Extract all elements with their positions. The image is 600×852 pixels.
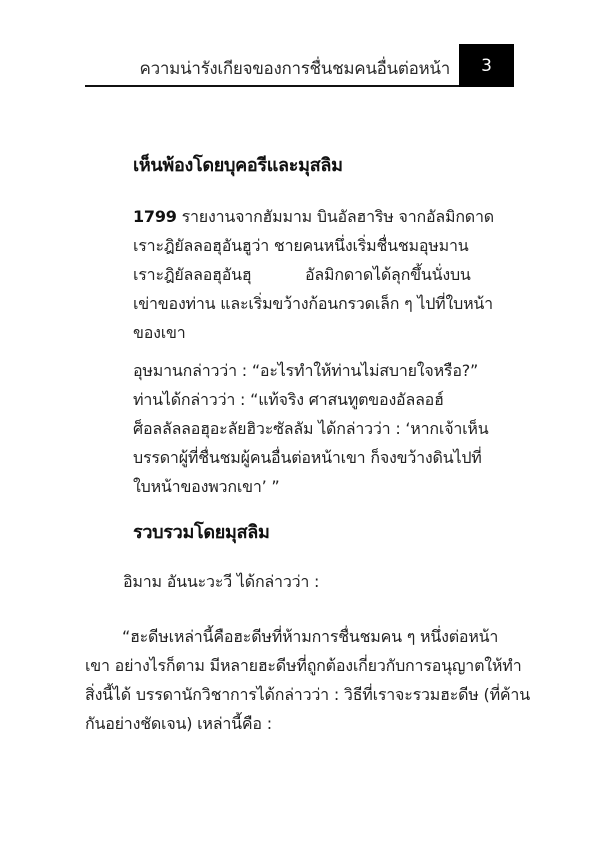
dialogue-line-4: บรรดาผู้ที่ชื่นชมผู้คนอื่นต่อหน้าเขา ก็จ… [133,446,482,471]
nawawi-intro: อิมาม อันนะวะวี ได้กล่าวว่า : [123,570,319,595]
dialogue-line-5: ใบหน้าของพวกเขา’ ” [133,475,279,500]
page-number-box: 3 [459,44,514,87]
quote-line-3: สิ่งนี้ได้ บรรดานักวิชาการได้กล่าวว่า : … [85,683,530,708]
page-number: 3 [481,56,492,76]
quote-line-1: “ฮะดีษเหล่านี้คือฮะดีษที่ห้ามการชื่นชมคน… [122,625,498,650]
hadith-1799-line-4: เข่าของท่าน และเริ่มขว้างก้อนกรวดเล็ก ๆ … [133,292,493,317]
hadith-1799-line-3a: เราะฎิยัลลอฮุอันฮุ [133,263,251,288]
section-heading-muslim: รวบรวมโดยมุสลิม [133,517,270,546]
dialogue-line-1: อุษมานกล่าวว่า : “อะไรทำให้ท่านไม่สบายใจ… [133,359,478,384]
header-rule [85,85,459,87]
quote-line-2: เขา อย่างไรก็ตาม มีหลายฮะดีษที่ถูกต้องเก… [85,654,522,679]
hadith-1799-line-2: เราะฎิยัลลอฮุอันฮูว่า ชายคนหนึ่งเริ่มชื่… [133,234,469,259]
hadith-1799-line-5: ของเขา [133,321,186,346]
dialogue-line-3: ศ็อลลัลลอฮุอะลัยฮิวะซัลลัม ได้กล่าวว่า :… [133,417,489,442]
quote-line-4: กันอย่างชัดเจน) เหล่านี้คือ : [85,712,272,737]
hadith-1799-line-1: 1799 รายงานจากฮัมมาม บินอัลฮาริษ จากอัลม… [133,205,494,230]
hadith-1799-line-3b: อัลมิกดาดได้ลุกขึ้นนั่งบน [305,263,471,288]
section-heading-bukhari-muslim: เห็นพ้องโดยบุคอรีและมุสลิม [133,150,343,179]
dialogue-line-2: ท่านได้กล่าวว่า : “แท้จริง ศาสนทูตของอัล… [133,388,444,413]
page-header: ความน่ารังเกียจของการชื่นชมคนอื่นต่อหน้า… [85,44,514,87]
running-title: ความน่ารังเกียจของการชื่นชมคนอื่นต่อหน้า [140,55,450,82]
hadith-number: 1799 [133,207,177,226]
